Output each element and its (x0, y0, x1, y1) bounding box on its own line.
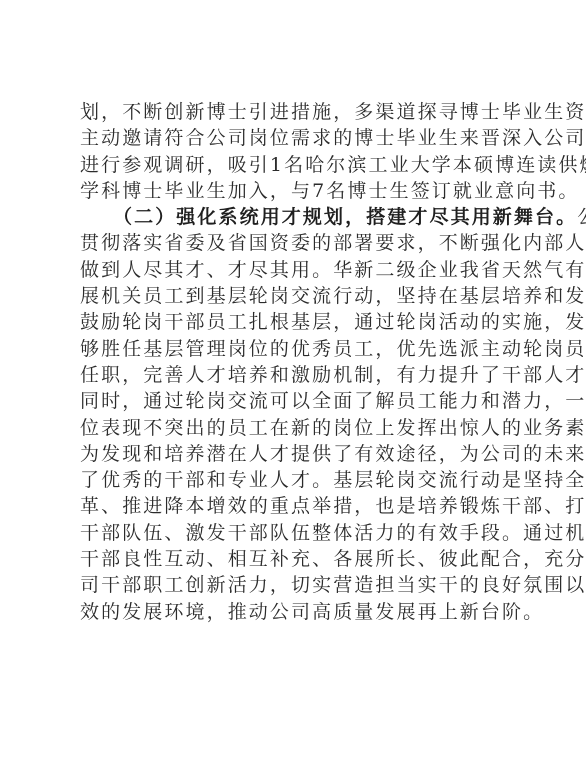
text-line: 进行参观调研，吸引1名哈尔滨工业大学本硕博连读供燃气工程 (80, 152, 508, 178)
text-line: 够胜任基层管理岗位的优秀员工，优先选派主动轮岗员工到基层 (80, 336, 508, 362)
text-line: 革、推进降本增效的重点举措，也是培养锻炼干部、打造复合型 (80, 493, 508, 519)
text-run: 公司认真 (577, 206, 586, 228)
text-line: 效的发展环境，推动公司高质量发展再上新台阶。 (80, 599, 508, 625)
text-line: 为发现和培养潜在人才提供了有效途径，为公司的未来发展储备 (80, 441, 508, 467)
text-line: 了优秀的干部和专业人才。基层轮岗交流行动是坚持全面深化改 (80, 467, 508, 493)
text-line: 贯彻落实省委及省国资委的部署要求，不断强化内部人才的使用， (80, 230, 508, 256)
text-line: 位表现不突出的员工在新的岗位上发挥出惊人的业务素质能力， (80, 415, 508, 441)
text-line: 任职，完善人才培养和激励机制，有力提升了干部人才梯队建设。 (80, 362, 508, 388)
text-line: 同时，通过轮岗交流可以全面了解员工能力和潜力，一些在原岗 (80, 388, 508, 414)
text-line: 划，不断创新博士引进措施，多渠道探寻博士毕业生资源，积极 (80, 99, 508, 125)
section-heading-line: （二）强化系统用才规划，搭建才尽其用新舞台。公司认真 (80, 204, 508, 230)
document-page: 划，不断创新博士引进措施，多渠道探寻博士毕业生资源，积极 主动邀请符合公司岗位需… (0, 0, 586, 759)
document-body: 划，不断创新博士引进措施，多渠道探寻博士毕业生资源，积极 主动邀请符合公司岗位需… (80, 99, 508, 625)
text-line: 学科博士毕业生加入，与7名博士生签订就业意向书。 (80, 178, 508, 204)
section-heading: （二）强化系统用才规划，搭建才尽其用新舞台。 (113, 206, 577, 228)
text-line: 干部良性互动、相互补充、各展所长、彼此配合，充分激发全公 (80, 546, 508, 572)
text-line: 干部队伍、激发干部队伍整体活力的有效手段。通过机关和基层 (80, 520, 508, 546)
text-line: 做到人尽其才、才尽其用。华新二级企业我省天然气有限公司开 (80, 257, 508, 283)
text-line: 司干部职工创新活力，切实营造担当实干的良好氛围以及优质高 (80, 572, 508, 598)
text-line: 鼓励轮岗干部员工扎根基层，通过轮岗活动的实施，发掘一批能 (80, 309, 508, 335)
text-line: 展机关员工到基层轮岗交流行动，坚持在基层培养和发掘干部， (80, 283, 508, 309)
text-line: 主动邀请符合公司岗位需求的博士毕业生来晋深入公司生产一线 (80, 125, 508, 151)
